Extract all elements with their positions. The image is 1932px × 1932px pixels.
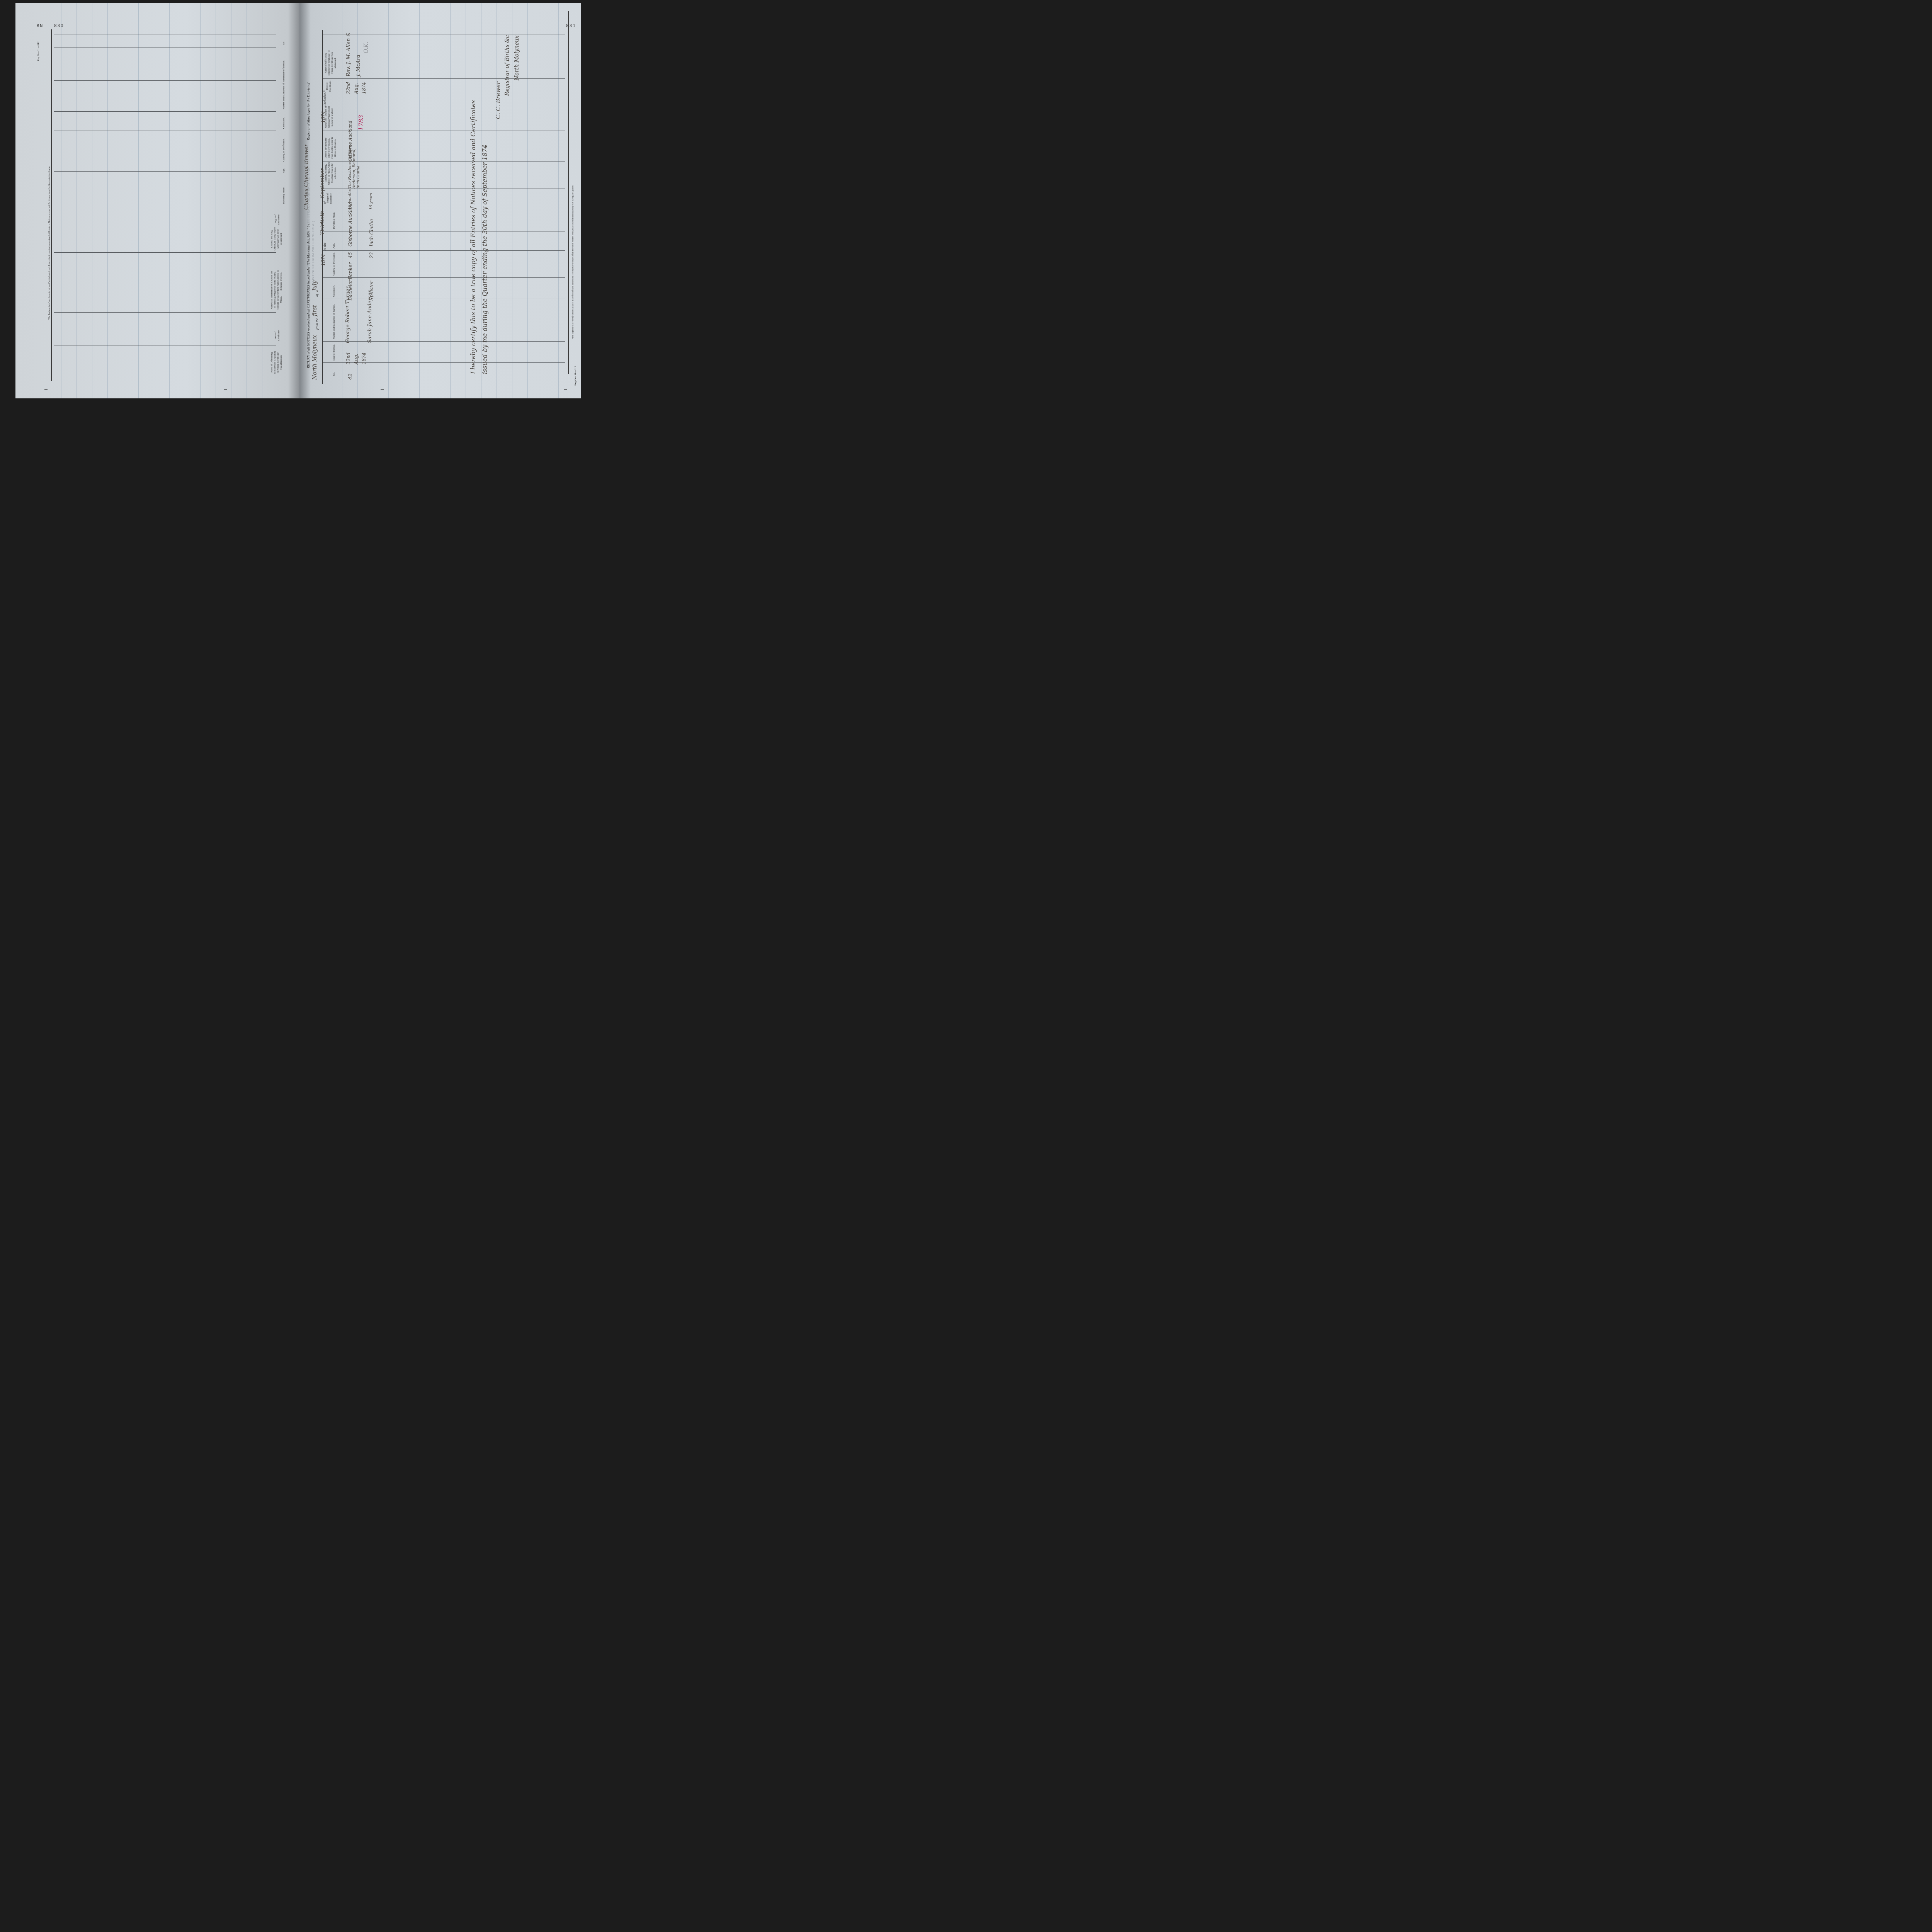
right-col-names: Names and Surnames of Parties.: [332, 304, 335, 339]
certification-line2: issued by me during the Quarter ending t…: [481, 145, 488, 374]
party2-dwelling: Inch Clutha: [369, 219, 374, 247]
to-label: to the: [323, 243, 327, 250]
entry-date-year: 1874: [361, 352, 367, 364]
left-col-church: Church, Building, Office, or Place, wher…: [270, 227, 283, 250]
entry-date-day: 22nd: [346, 352, 351, 364]
left-col-no: No.: [282, 41, 285, 45]
from-label: from the: [315, 318, 319, 330]
year-from: 1874: [321, 254, 326, 266]
entry-no: 42: [348, 373, 354, 380]
cert-date-day: 22nd: [346, 82, 351, 94]
party1-residence-length: 11 months: [348, 189, 352, 210]
left-col-consent: Name and Relation of Person giving conse…: [270, 289, 283, 310]
left-form-code: Reg Gen 11—312: [37, 41, 40, 61]
registrar-district: North Molyneux: [514, 36, 520, 80]
left-col-names: Names and Surnames of Parties.: [282, 74, 285, 109]
party2-age: 23: [369, 252, 374, 258]
right-header-rule: [322, 30, 323, 384]
district-name: North Molyneux: [312, 335, 318, 380]
right-col-no: No.: [332, 372, 335, 376]
minister-line2: J. McAra: [355, 55, 361, 77]
pencil-check-mark: O.K.: [363, 42, 369, 53]
left-col-calling: Calling or Profession.: [282, 138, 285, 162]
left-page-number: 830: [54, 23, 64, 28]
right-form-code: Reg Gen 11—312: [574, 366, 577, 386]
cert-date-month: Aug.: [354, 83, 359, 94]
right-col-calling: Calling or Profession.: [332, 252, 335, 276]
left-col-length: Length of Residence.: [274, 212, 281, 227]
right-col-date: Date of Notice.: [332, 344, 335, 361]
right-col-condition: Condition.: [332, 285, 335, 297]
right-border-rule: [568, 11, 569, 374]
entry-date-month: Aug.: [354, 354, 359, 364]
left-footnote: *The Registrar is to "certify under his …: [48, 166, 51, 320]
right-page-number: 831: [566, 23, 576, 28]
left-col-minister: Name of Officiating Minister (or Registr…: [270, 351, 283, 374]
party2-condition: Spinster: [369, 281, 374, 301]
right-col-cert-date: Date of Certificate.: [326, 78, 332, 94]
right-col-district: District in which the other Party reside…: [325, 136, 337, 160]
to-day: Thirtieth: [320, 211, 326, 235]
right-col-dwelling: Dwelling Place.: [332, 212, 335, 229]
from-day: first: [312, 305, 318, 316]
right-col-length: Length of Residence.: [327, 190, 333, 206]
party1-age: 45: [348, 252, 353, 258]
party1-calling: Banker: [348, 262, 353, 279]
right-title-prefix: RETURN of all NOTICES received and all C…: [306, 224, 310, 368]
party1-condition: Bachelor: [348, 280, 353, 301]
certification-line1: I hereby certify this to be a true copy …: [469, 100, 477, 374]
left-page-stamp: RN: [37, 23, 43, 28]
left-col-condition: Condition.: [282, 117, 285, 129]
registrar-name: Charles Cheviot Brewer: [303, 144, 310, 210]
from-of: of: [315, 294, 319, 297]
other-district: Gisborne Auckland: [348, 121, 353, 162]
right-col-church: Church, Building, Office, or Place, wher…: [325, 162, 337, 185]
minister-line1: Rev. J. M. Allen &: [346, 32, 352, 77]
right-title-suffix: Registrar of Marriages for the District …: [306, 83, 310, 141]
cert-date-year: 1874: [361, 82, 367, 94]
party2-residence-length: 16 years: [369, 193, 373, 210]
signature: C. C. Brewer: [495, 82, 502, 119]
left-page: RN 830 Reg Gen 11—312 *The Registrar is …: [15, 3, 299, 398]
to-of: of: [323, 201, 327, 204]
left-col-cert-date: Date of Certificate.: [274, 328, 281, 343]
left-col-age: Age.: [282, 168, 285, 173]
right-col-consent: Name and Relation of Person giving conse…: [325, 105, 334, 129]
right-footnote: *The Registrar is to "certify under his …: [572, 185, 574, 339]
left-border-rule: [51, 29, 52, 381]
right-page: 831 NEW ZEALAND.—"MARRIAGE ACT, 1854."—R…: [299, 3, 581, 398]
left-col-dwelling: Dwelling Place.: [282, 187, 285, 204]
right-col-age: Age.: [332, 243, 335, 248]
registrar-title: Registrar of Births &c: [504, 35, 510, 96]
register-number: 1783: [357, 115, 365, 131]
bleed-through-sub: (CONTINUED FROM PRECEDING PAGE.): [311, 221, 315, 285]
right-col-minister: Name of Officiating Minister (or Registr…: [325, 49, 337, 77]
from-month: July: [312, 281, 318, 291]
